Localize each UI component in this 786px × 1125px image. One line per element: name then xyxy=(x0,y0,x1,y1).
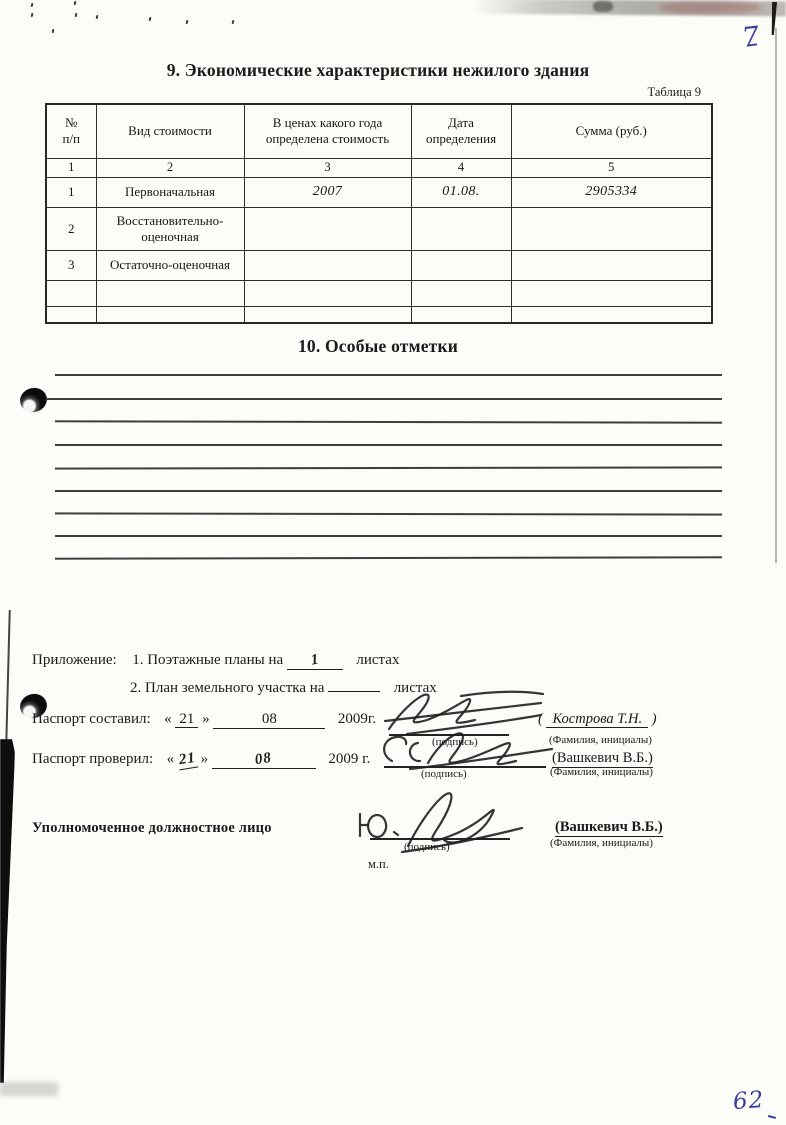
scan-speck xyxy=(31,3,34,7)
scan-speck xyxy=(31,13,34,17)
handwritten-page-number-top: 7 xyxy=(740,21,760,54)
scan-speck xyxy=(149,17,152,21)
appendix-label: Приложение: xyxy=(32,652,117,668)
scan-speck xyxy=(232,20,235,24)
signature-line xyxy=(370,838,510,840)
economic-characteristics-table: № п/п Вид стоимости В ценах какого года … xyxy=(45,103,713,324)
row-num: 1 xyxy=(46,177,96,207)
table-row: 2 Восстановительно- оценочная xyxy=(46,207,712,250)
header-number: № п/п xyxy=(46,104,96,158)
quote-open: « xyxy=(164,711,172,727)
scanner-shadow-strip xyxy=(0,739,15,1083)
table9-caption: Таблица 9 xyxy=(45,85,701,100)
scanner-shadow-line xyxy=(5,610,11,744)
row-kind xyxy=(96,280,244,306)
row-num xyxy=(46,306,96,323)
appendix-item1-unit: листах xyxy=(356,652,399,668)
handwritten-page-number-bottom: 62 xyxy=(732,1087,765,1115)
name-caption: (Фамилия, инициалы) xyxy=(549,734,652,746)
notes-ruled-line xyxy=(47,398,722,400)
row-date xyxy=(411,306,511,323)
col-num: 5 xyxy=(511,158,712,177)
passport-checked-row: Паспорт проверил: « 21 » 08 2009 г. xyxy=(32,751,370,769)
notes-ruled-line xyxy=(55,556,722,560)
table-header-row: № п/п Вид стоимости В ценах какого года … xyxy=(46,104,712,158)
notes-ruled-line xyxy=(55,512,722,515)
quote-open: « xyxy=(167,751,175,767)
notes-ruled-line xyxy=(55,420,722,424)
quote-close: » xyxy=(202,711,210,727)
row-amount xyxy=(511,280,712,306)
scan-dark-spot xyxy=(593,1,613,12)
scan-speck xyxy=(186,20,189,24)
paren-open: ( xyxy=(538,711,543,727)
passport-composed-row: Паспорт составил: « 21 » 08 2009г. xyxy=(32,711,376,729)
row-date: 01.08. xyxy=(411,177,511,207)
appendix-line-1: Приложение: 1. Поэтажные планы на 1 лист… xyxy=(32,652,399,670)
row-amount: 2905334 xyxy=(511,177,712,207)
checked-label: Паспорт проверил: xyxy=(32,751,153,767)
notes-ruled-line xyxy=(55,490,722,492)
row-kind: Остаточно-оценочная xyxy=(96,250,244,280)
row-num: 3 xyxy=(46,250,96,280)
table-row xyxy=(46,280,712,306)
hole-punch-mark xyxy=(17,385,49,415)
table-row: 1 Первоначальная 2007 01.08. 2905334 xyxy=(46,177,712,207)
row-date xyxy=(411,207,511,250)
col-num: 3 xyxy=(244,158,411,177)
row-year xyxy=(244,280,411,306)
official-name: (Вашкевич В.Б.) xyxy=(555,819,663,837)
composed-month: 08 xyxy=(262,711,277,727)
composed-name-text: Кострова Т.Н. xyxy=(546,711,648,728)
paper-edge-line xyxy=(775,28,777,563)
scan-speck xyxy=(75,13,78,17)
appendix-item1-text: 1. Поэтажные планы на xyxy=(132,652,283,668)
row-kind: Первоначальная xyxy=(96,177,244,207)
name-caption: (Фамилия, инициалы) xyxy=(550,766,653,778)
scan-red-tint xyxy=(660,2,760,13)
scan-speck xyxy=(52,29,55,33)
section10-title: 10. Особые отметки xyxy=(45,336,711,357)
header-date: Дата определения xyxy=(411,104,511,158)
notes-ruled-line xyxy=(55,374,722,376)
checked-month-blank: 08 xyxy=(212,752,316,769)
official-label: Уполномоченное должностное лицо xyxy=(32,820,272,837)
row-amount xyxy=(511,207,712,250)
row-year xyxy=(244,250,411,280)
sign-caption: (подпись) xyxy=(421,768,467,780)
row-date xyxy=(411,250,511,280)
row-kind xyxy=(96,306,244,323)
appendix-item2-blank xyxy=(328,675,380,692)
stamp-place-label: м.п. xyxy=(368,857,389,872)
composed-month-blank: 08 xyxy=(213,712,325,729)
scan-speck xyxy=(96,15,99,19)
row-amount xyxy=(511,250,712,280)
row-year xyxy=(244,306,411,323)
table-row: 3 Остаточно-оценочная xyxy=(46,250,712,280)
checked-month-handwritten: 08 xyxy=(254,751,273,768)
row-date xyxy=(411,280,511,306)
row-num xyxy=(46,280,96,306)
checked-year: 2009 г. xyxy=(328,751,370,767)
composed-day: 21 xyxy=(175,711,198,728)
composed-name: ( Кострова Т.Н. ) xyxy=(538,711,657,728)
notes-ruled-line xyxy=(55,444,722,446)
handwritten-dash xyxy=(768,1115,776,1118)
row-year: 2007 xyxy=(244,177,411,207)
table-row xyxy=(46,306,712,323)
row-num: 2 xyxy=(46,207,96,250)
col-num: 4 xyxy=(411,158,511,177)
scan-speck xyxy=(74,1,77,5)
composed-label: Паспорт составил: xyxy=(32,711,151,727)
appendix-item1-blank: 1 xyxy=(287,653,343,670)
column-numbers-row: 1 2 3 4 5 xyxy=(46,158,712,177)
checked-day-handwritten: 21 xyxy=(177,750,199,771)
header-amount: Сумма (руб.) xyxy=(511,104,712,158)
header-year: В ценах какого года определена стоимость xyxy=(244,104,411,158)
handwritten-sheet-count: 1 xyxy=(310,652,321,668)
scanner-smudge xyxy=(0,1082,58,1096)
col-num: 2 xyxy=(96,158,244,177)
section9-title: 9. Экономические характеристики нежилого… xyxy=(45,60,711,81)
composed-year: 2009г. xyxy=(338,711,376,727)
row-year xyxy=(244,207,411,250)
notes-ruled-line xyxy=(55,466,722,469)
row-amount xyxy=(511,306,712,323)
name-caption: (Фамилия, инициалы) xyxy=(550,837,653,849)
row-kind: Восстановительно- оценочная xyxy=(96,207,244,250)
paren-close: ) xyxy=(652,711,657,727)
col-num: 1 xyxy=(46,158,96,177)
sign-caption: (подпись) xyxy=(404,841,450,853)
notes-ruled-line xyxy=(55,535,722,537)
scanned-document-page: 7 62 9. Экономические характеристики неж… xyxy=(0,0,786,1125)
quote-close: » xyxy=(201,751,209,767)
header-kind: Вид стоимости xyxy=(96,104,244,158)
appendix-item2-text: 2. План земельного участка на xyxy=(130,680,324,696)
